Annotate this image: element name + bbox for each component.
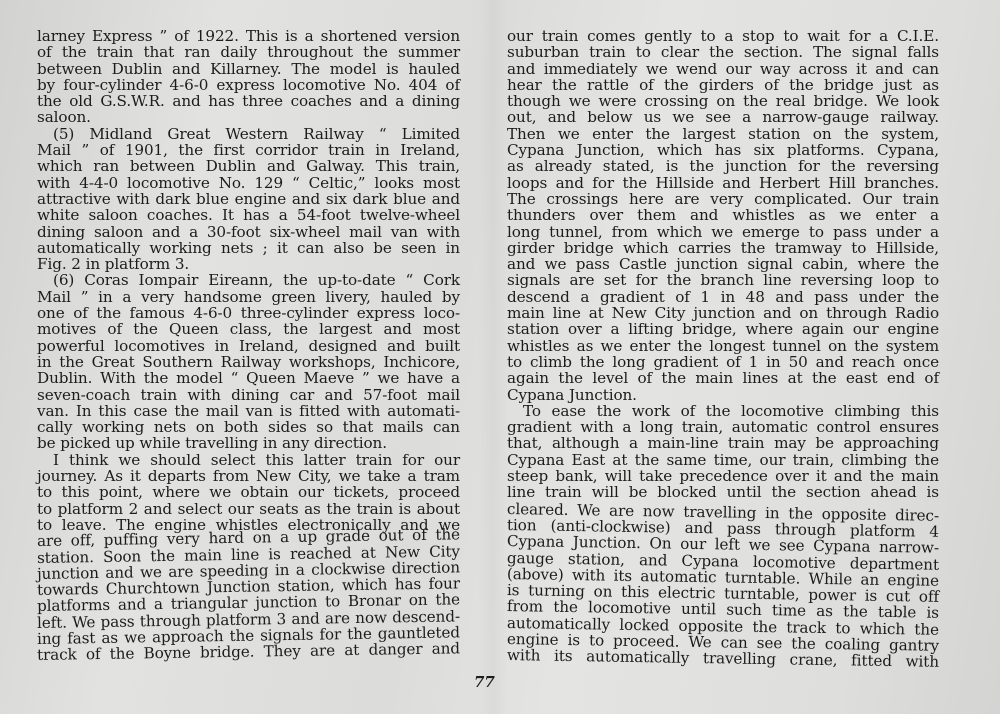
text-line: white saloon coaches. It has a 54-foot t… (37, 207, 460, 223)
text-line: (6) Coras Iompair Eireann, the up-to-dat… (37, 272, 460, 288)
text-line: journey. As it departs from New City, we… (37, 468, 460, 484)
text-line: the old G.S.W.R. and has three coaches a… (37, 93, 460, 109)
text-line: whistles as we enter the longest tunnel … (507, 338, 939, 354)
text-line: To ease the work of the locomotive climb… (507, 403, 939, 419)
text-line: Cypana East at the same time, our train,… (507, 452, 939, 468)
text-line: powerful locomotives in Ireland, designe… (37, 338, 460, 354)
text-line: dining saloon and a 30-foot six-wheel ma… (37, 224, 460, 240)
text-line: be picked up while travelling in any dir… (37, 435, 460, 451)
text-line: suburban train to clear the section. The… (507, 44, 939, 60)
text-line: and we pass Castle junction signal cabin… (507, 256, 939, 272)
text-line: Cypana Junction, which has six platforms… (507, 142, 939, 158)
text-line: seven-coach train with dining car and 57… (37, 387, 460, 403)
text-line: automatically working nets ; it can also… (37, 240, 460, 256)
text-line: though we were crossing on the real brid… (507, 93, 939, 109)
text-line: The crossings here are very complicated.… (507, 191, 939, 207)
text-line: our train comes gently to a stop to wait… (507, 28, 939, 44)
gutter-shadow (478, 0, 508, 714)
text-line: hear the rattle of the girders of the br… (507, 77, 939, 93)
text-line: van. In this case the mail van is fitted… (37, 403, 460, 419)
text-line: between Dublin and Killarney. The model … (37, 61, 460, 77)
text-line: steep bank, will take precedence over it… (507, 468, 939, 484)
text-line: descend a gradient of 1 in 48 and pass u… (507, 289, 939, 305)
text-line: saloon. (37, 109, 460, 125)
text-line: Mail ” in a very handsome green livery, … (37, 289, 460, 305)
text-line: one of the famous 4-6-0 three-cylinder e… (37, 305, 460, 321)
text-line: Dublin. With the model “ Queen Maeve ” w… (37, 370, 460, 386)
text-line: by four-cylinder 4-6-0 express locomotiv… (37, 77, 460, 93)
left-column: larney Express ” of 1922. This is a shor… (37, 28, 460, 664)
text-line: to platform 2 and select our seats as th… (37, 501, 460, 517)
text-line: motives of the Queen class, the largest … (37, 321, 460, 337)
text-line: signals are set for the branch line reve… (507, 272, 939, 288)
text-line: with 4-4-0 locomotive No. 129 “ Celtic,”… (37, 175, 460, 191)
text-line: station over a lifting bridge, where aga… (507, 321, 939, 337)
text-line: which ran between Dublin and Galway. Thi… (37, 158, 460, 174)
text-line: and immediately we wend our way across i… (507, 61, 939, 77)
text-line: as already stated, is the junction for t… (507, 158, 939, 174)
text-line: Mail ” of 1901, the first corridor train… (37, 142, 460, 158)
text-line: again the level of the main lines at the… (507, 370, 939, 386)
text-line: in the Great Southern Railway workshops,… (37, 354, 460, 370)
text-line: Cypana Junction. (507, 387, 939, 403)
text-line: long tunnel, from which we emerge to pas… (507, 224, 939, 240)
text-line: gradient with a long train, automatic co… (507, 419, 939, 435)
text-line: to this point, where we obtain our ticke… (37, 484, 460, 500)
text-line: that, although a main-line train may be … (507, 435, 939, 451)
text-line: Then we enter the largest station on the… (507, 126, 939, 142)
text-line: attractive with dark blue engine and six… (37, 191, 460, 207)
text-line: girder bridge which carries the tramway … (507, 240, 939, 256)
text-line: loops and for the Hillside and Herbert H… (507, 175, 939, 191)
text-line: to climb the long gradient of 1 in 50 an… (507, 354, 939, 370)
text-line: I think we should select this latter tra… (37, 452, 460, 468)
text-line: out, and below us we see a narrow-gauge … (507, 109, 939, 125)
text-line: of the train that ran daily throughout t… (37, 44, 460, 60)
right-column: our train comes gently to a stop to wait… (507, 28, 939, 664)
text-line: line train will be blocked until the sec… (507, 484, 939, 500)
book-page: larney Express ” of 1922. This is a shor… (0, 0, 1000, 714)
text-line: (5) Midland Great Western Railway “ Limi… (37, 126, 460, 142)
text-line: Fig. 2 in platform 3. (37, 256, 460, 272)
page-number: 77 (474, 673, 495, 691)
text-line: track of the Boyne bridge. They are at d… (37, 641, 460, 664)
text-line: larney Express ” of 1922. This is a shor… (37, 28, 460, 44)
text-line: cally working nets on both sides so that… (37, 419, 460, 435)
text-line: main line at New City junction and on th… (507, 305, 939, 321)
text-line: thunders over them and whistles as we en… (507, 207, 939, 223)
